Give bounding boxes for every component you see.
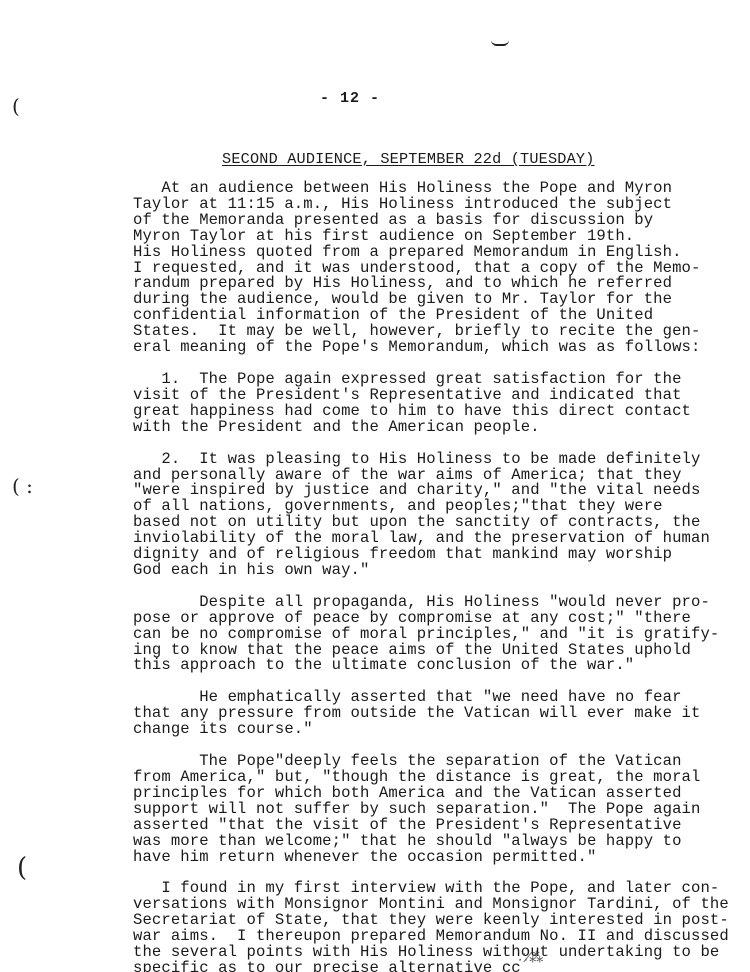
- document-body: At an audience between His Holiness the …: [133, 181, 713, 972]
- handwritten-initials: ∴⁄⁂: [518, 950, 543, 966]
- text-line: have him return whenever the occasion pe…: [133, 850, 713, 866]
- paragraph-pressure: He emphatically asserted that "we need h…: [133, 690, 713, 738]
- section-heading: SECOND AUDIENCE, SEPTEMBER 22d (TUESDAY): [222, 150, 595, 168]
- paragraph-separation: The Pope"deeply feels the separation of …: [133, 754, 713, 865]
- paragraph-propaganda: Despite all propaganda, His Holiness "wo…: [133, 595, 713, 675]
- stray-pen-mark: [491, 40, 509, 46]
- text-line: this approach to the ultimate conclusion…: [133, 658, 713, 674]
- paragraph-intro: At an audience between His Holiness the …: [133, 181, 713, 356]
- text-line: with the President and the American peop…: [133, 420, 713, 436]
- text-line: change its course.": [133, 722, 713, 738]
- margin-mark-top: (: [12, 96, 20, 116]
- document-page: ( ( : ( - 12 - SECOND AUDIENCE, SEPTEMBE…: [0, 0, 750, 972]
- text-line: eral meaning of the Pope's Memorandum, w…: [133, 340, 713, 356]
- margin-mark-middle: ( :: [12, 476, 33, 496]
- text-line: specific as to our precise alternative c…: [133, 961, 713, 972]
- paragraph-point-2: 2. It was pleasing to His Holiness to be…: [133, 452, 713, 579]
- page-number: - 12 -: [320, 90, 380, 107]
- paragraph-first-interview: I found in my first interview with the P…: [133, 881, 713, 972]
- paragraph-point-1: 1. The Pope again expressed great satisf…: [133, 372, 713, 436]
- text-line: God each in his own way.": [133, 563, 713, 579]
- margin-mark-bottom: (: [17, 858, 27, 878]
